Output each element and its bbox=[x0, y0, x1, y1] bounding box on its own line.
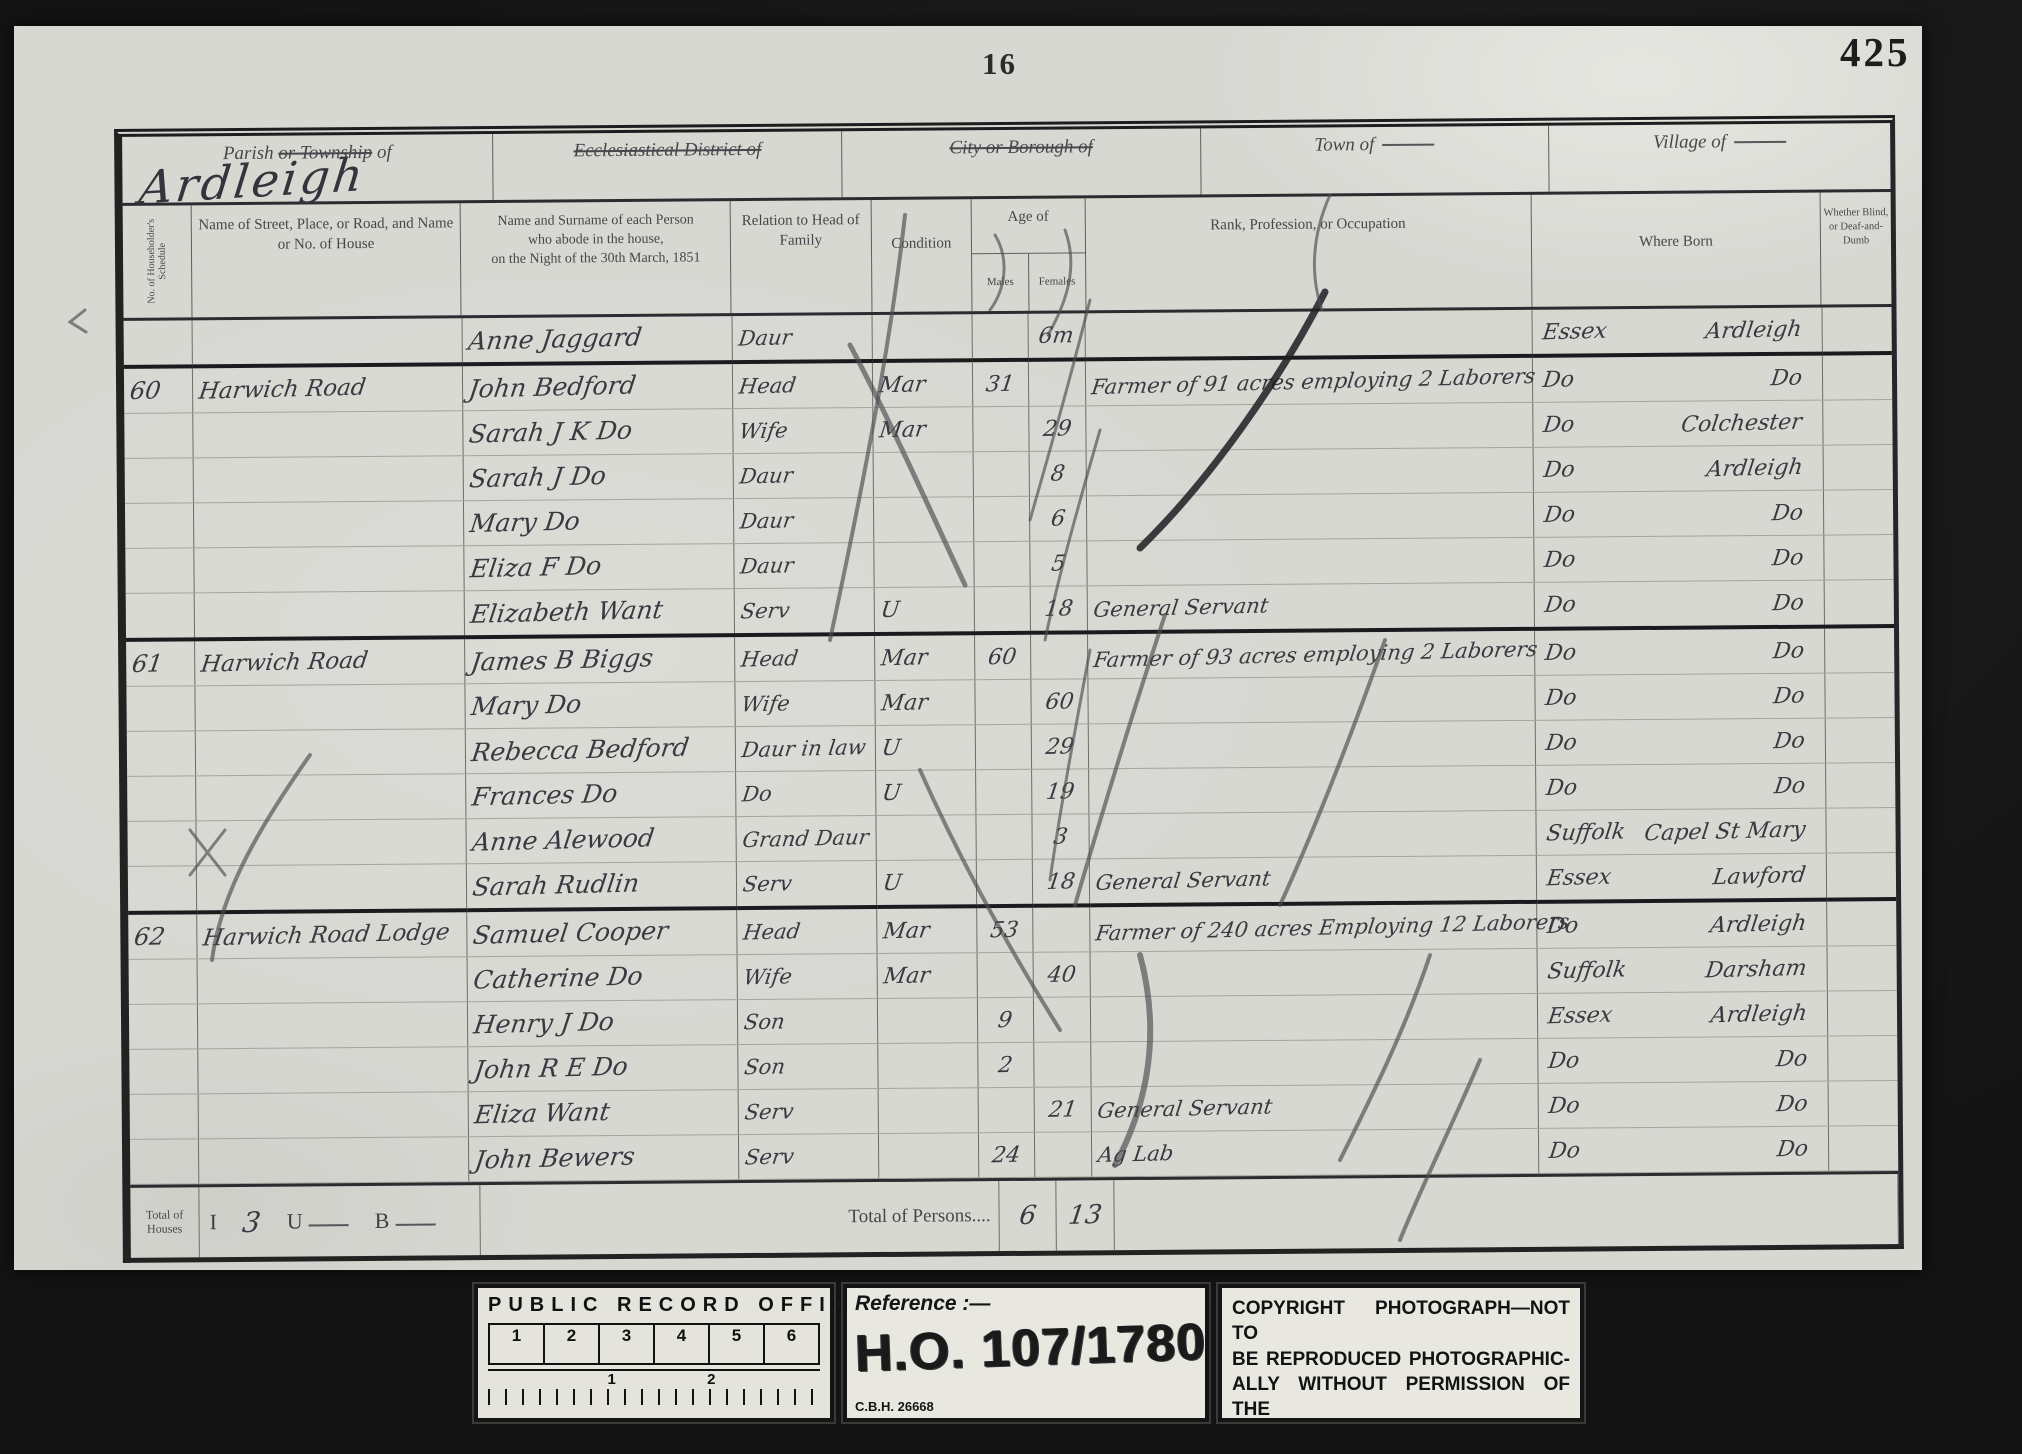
cell-where-born: DoArdleigh bbox=[1536, 900, 1826, 949]
born-place: Ardleigh bbox=[1709, 1000, 1808, 1027]
occupation-value: Farmer of 240 acres Employing 12 Laborer… bbox=[1094, 910, 1570, 944]
cell-name: Samuel Cooper bbox=[466, 908, 736, 957]
cell-female-age: 60 bbox=[1030, 679, 1087, 724]
cell-relation: Head bbox=[732, 361, 872, 409]
male-age-value: 2 bbox=[997, 1053, 1014, 1078]
cell-blind-deaf bbox=[1825, 763, 1895, 809]
cell-condition bbox=[872, 314, 972, 361]
total-males: 6 bbox=[999, 1181, 1057, 1251]
cell-male-age bbox=[974, 679, 1030, 724]
name-value: Eliza Want bbox=[472, 1097, 611, 1129]
cell-male-age: 31 bbox=[972, 360, 1028, 407]
born-county: Essex bbox=[1545, 864, 1613, 891]
born-county: Do bbox=[1543, 640, 1577, 666]
female-age-value: 29 bbox=[1041, 416, 1072, 442]
born-county: Do bbox=[1542, 502, 1576, 528]
cell-male-age bbox=[975, 814, 1031, 859]
cell-relation: Serv bbox=[734, 588, 874, 636]
cell-where-born: EssexArdleigh bbox=[1537, 991, 1827, 1038]
ruler-number-3: 3 bbox=[598, 1325, 653, 1363]
cell-condition bbox=[873, 452, 973, 498]
cell-blind-deaf bbox=[1822, 353, 1892, 400]
cell-relation: Daur bbox=[733, 543, 873, 589]
relation-value: Daur bbox=[738, 465, 794, 487]
born-place: Do bbox=[1774, 1046, 1808, 1072]
col-header-blind: Whether Blind, or Deaf-and-Dumb bbox=[1821, 192, 1892, 305]
cell-blind-deaf bbox=[1826, 853, 1896, 900]
relation-value: Son bbox=[742, 1056, 785, 1078]
cell-street bbox=[197, 1002, 467, 1049]
cell-street bbox=[192, 411, 462, 458]
cell-relation: Wife bbox=[737, 954, 877, 1000]
name-value: Rebecca Bedford bbox=[469, 733, 690, 768]
cell-female-age: 18 bbox=[1032, 859, 1089, 906]
cell-occupation bbox=[1087, 675, 1534, 724]
cell-occupation: General Servant bbox=[1089, 855, 1536, 905]
female-age-value: 5 bbox=[1049, 551, 1066, 576]
condition-value: Mar bbox=[877, 372, 927, 398]
cell-street bbox=[195, 729, 465, 776]
cell-male-age bbox=[976, 859, 1032, 906]
cell-female-age bbox=[1034, 1132, 1091, 1177]
born-county: Do bbox=[1542, 457, 1576, 483]
cell-male-age bbox=[972, 314, 1028, 360]
occupation-value: Ag Lab bbox=[1096, 1142, 1174, 1166]
cell-street bbox=[194, 684, 464, 731]
cell-street bbox=[197, 1047, 467, 1094]
totals-empty-space bbox=[1114, 1174, 1899, 1250]
cell-where-born: DoDo bbox=[1534, 580, 1824, 629]
cell-relation: Do bbox=[735, 771, 875, 817]
born-place: Do bbox=[1775, 1091, 1809, 1117]
col-header-schedule: No. of Householder's Schedule bbox=[123, 205, 193, 318]
cell-female-age: 19 bbox=[1031, 769, 1088, 814]
cell-street bbox=[195, 774, 465, 821]
cell-condition: U bbox=[876, 860, 976, 907]
cell-female-age: 8 bbox=[1029, 451, 1086, 496]
condition-value: Mar bbox=[877, 417, 927, 443]
cell-condition: Mar bbox=[874, 680, 974, 726]
cell-condition bbox=[877, 1043, 977, 1089]
cell-schedule: 61 bbox=[126, 639, 194, 686]
cell-relation: Son bbox=[737, 1044, 877, 1090]
cell-condition bbox=[873, 497, 973, 543]
cell-relation: Serv bbox=[736, 861, 876, 909]
uninhabited-label: U bbox=[287, 1208, 349, 1234]
born-place: Do bbox=[1771, 683, 1805, 709]
name-value: Anne Alewood bbox=[470, 823, 656, 857]
condition-value: U bbox=[879, 598, 901, 623]
cell-relation: Daur bbox=[733, 498, 873, 544]
cell-street bbox=[197, 957, 467, 1004]
cell-schedule bbox=[125, 458, 193, 504]
cell-blind-deaf bbox=[1824, 580, 1894, 627]
cell-condition bbox=[873, 542, 973, 588]
town-label: Town of bbox=[1314, 134, 1434, 156]
cell-name: John Bedford bbox=[462, 362, 732, 411]
female-age-value: 18 bbox=[1043, 596, 1074, 622]
cell-blind-deaf bbox=[1822, 400, 1892, 446]
cell-female-age: 18 bbox=[1030, 586, 1087, 633]
occupation-value: General Servant bbox=[1096, 1095, 1274, 1121]
cell-female-age bbox=[1030, 632, 1087, 679]
schedule-value: 60 bbox=[128, 376, 162, 405]
parish-label-post: of bbox=[377, 142, 392, 163]
cell-condition: Mar bbox=[877, 953, 977, 999]
born-place: Do bbox=[1771, 590, 1805, 616]
born-place: Do bbox=[1769, 365, 1803, 391]
city-header-cell: City or Borough of bbox=[842, 128, 1201, 197]
col-header-relation: Relation to Head of Family bbox=[731, 200, 872, 313]
cell-blind-deaf bbox=[1826, 899, 1896, 946]
cell-blind-deaf bbox=[1825, 718, 1895, 764]
cell-relation: Wife bbox=[734, 681, 874, 727]
cell-relation: Daur bbox=[732, 315, 872, 362]
cell-schedule: 60 bbox=[124, 366, 192, 413]
born-county: Do bbox=[1547, 1138, 1581, 1164]
name-value: John Bedford bbox=[466, 370, 637, 403]
cell-schedule bbox=[126, 593, 194, 640]
cell-blind-deaf bbox=[1825, 808, 1895, 854]
cell-where-born: DoArdleigh bbox=[1533, 445, 1823, 492]
cell-where-born: DoDo bbox=[1532, 354, 1822, 403]
name-value: Catherine Do bbox=[471, 961, 644, 994]
cell-condition bbox=[875, 815, 975, 861]
relation-value: Wife bbox=[742, 966, 793, 988]
cell-male-age: 24 bbox=[978, 1132, 1034, 1177]
born-place: Darsham bbox=[1704, 955, 1808, 983]
cell-where-born: DoDo bbox=[1535, 718, 1825, 765]
condition-value: U bbox=[880, 781, 902, 806]
city-label: City or Borough of bbox=[949, 136, 1093, 158]
cell-female-age bbox=[1033, 1042, 1090, 1087]
cell-male-age: 9 bbox=[977, 997, 1033, 1042]
cell-female-age: 29 bbox=[1031, 724, 1088, 769]
relation-value: Serv bbox=[743, 1101, 795, 1123]
cell-blind-deaf bbox=[1824, 673, 1894, 719]
name-value: Mary Do bbox=[469, 689, 583, 721]
relation-value: Daur bbox=[738, 510, 794, 532]
inhabited-label: I bbox=[210, 1209, 218, 1235]
cell-where-born: DoDo bbox=[1533, 490, 1823, 537]
born-place: Do bbox=[1775, 1136, 1809, 1162]
relation-value: Do bbox=[740, 783, 772, 805]
born-county: Suffolk bbox=[1545, 957, 1627, 984]
born-county: Do bbox=[1546, 1048, 1580, 1074]
name-value: Eliza F Do bbox=[468, 551, 603, 583]
copyright-line-4: PUBLIC RECORD OFFICE, LONDON bbox=[1232, 1422, 1570, 1447]
female-age-value: 40 bbox=[1046, 962, 1077, 988]
cell-where-born: DoDo bbox=[1533, 535, 1823, 582]
born-place: Capel St Mary bbox=[1643, 817, 1807, 846]
cell-female-age: 29 bbox=[1028, 406, 1085, 451]
name-value: Sarah J K Do bbox=[467, 416, 634, 449]
relation-value: Daur bbox=[737, 327, 793, 349]
cell-schedule: 62 bbox=[128, 912, 196, 959]
condition-value: U bbox=[881, 871, 903, 896]
cell-name: Henry J Do bbox=[467, 1000, 737, 1047]
pro-title: PUBLIC RECORD OFFICE bbox=[488, 1294, 820, 1317]
col-header-age: Age of Males Females bbox=[972, 198, 1086, 311]
female-age-value: 60 bbox=[1043, 689, 1074, 715]
cell-where-born: DoDo bbox=[1538, 1126, 1828, 1173]
street-value: Harwich Road bbox=[199, 648, 369, 678]
name-value: Anne Jaggard bbox=[466, 322, 643, 355]
cell-where-born: DoDo bbox=[1538, 1081, 1828, 1128]
cell-name: Eliza Want bbox=[468, 1090, 738, 1137]
born-county: Do bbox=[1542, 547, 1576, 573]
town-header-cell: Town of bbox=[1201, 126, 1550, 195]
cell-condition: U bbox=[874, 587, 974, 634]
pro-ruler-stamp: PUBLIC RECORD OFFICE 123456 12 bbox=[474, 1284, 834, 1422]
relation-value: Daur bbox=[739, 555, 795, 577]
col-header-females: Females bbox=[1029, 254, 1085, 311]
total-houses-values: I 3 U B bbox=[199, 1185, 481, 1257]
cell-street: Harwich Road bbox=[192, 364, 462, 413]
cell-street bbox=[198, 1092, 468, 1139]
cell-condition bbox=[878, 1133, 978, 1179]
occupation-value: Farmer of 91 acres employing 2 Laborers bbox=[1090, 365, 1537, 398]
cell-schedule bbox=[129, 1049, 197, 1095]
schedule-value: 61 bbox=[130, 649, 164, 678]
male-age-value: 60 bbox=[987, 645, 1018, 671]
cell-street bbox=[195, 819, 465, 866]
born-county: Do bbox=[1543, 592, 1577, 618]
col-header-condition: Condition bbox=[871, 199, 972, 312]
building-label: B bbox=[375, 1208, 436, 1234]
born-county: Do bbox=[1544, 775, 1578, 801]
cell-occupation bbox=[1090, 1038, 1537, 1087]
female-age-value: 21 bbox=[1047, 1097, 1078, 1123]
cell-female-age: 5 bbox=[1029, 541, 1086, 586]
born-place: Do bbox=[1771, 638, 1805, 664]
ruler-number-4: 4 bbox=[653, 1325, 708, 1363]
cell-female-age bbox=[1033, 997, 1090, 1042]
copyright-line-1: COPYRIGHT PHOTOGRAPH—NOT TO bbox=[1232, 1296, 1570, 1347]
cell-schedule bbox=[127, 731, 195, 777]
cell-street bbox=[198, 1137, 468, 1184]
cell-street bbox=[193, 501, 463, 548]
cell-occupation: General Servant bbox=[1091, 1083, 1538, 1132]
cell-blind-deaf bbox=[1827, 991, 1897, 1037]
total-persons-label: Total of Persons.... bbox=[480, 1181, 1000, 1255]
born-place: Do bbox=[1770, 500, 1804, 526]
cell-schedule bbox=[129, 959, 197, 1005]
cell-name: Sarah J K Do bbox=[462, 409, 732, 456]
born-county: Do bbox=[1543, 685, 1577, 711]
cell-male-age bbox=[975, 769, 1031, 814]
cell-occupation bbox=[1086, 492, 1533, 541]
col-header-name: Name and Surname of each Person who abod… bbox=[461, 201, 732, 315]
cell-schedule bbox=[130, 1094, 198, 1140]
cell-schedule bbox=[126, 686, 194, 732]
male-age-value: 31 bbox=[984, 372, 1015, 398]
condition-value: Mar bbox=[879, 690, 929, 716]
reference-stamp: Reference :— H.O. 107/1780 C.B.H. 26668 bbox=[843, 1284, 1209, 1422]
born-county: Essex bbox=[1546, 1002, 1614, 1029]
cell-where-born: EssexLawford bbox=[1536, 853, 1826, 902]
village-header-cell: Village of bbox=[1549, 123, 1891, 192]
cell-occupation bbox=[1090, 993, 1537, 1042]
cell-occupation: Farmer of 91 acres employing 2 Laborers bbox=[1085, 356, 1532, 406]
cell-where-born: DoDo bbox=[1535, 763, 1825, 810]
district-label: Ecclesiastical District of bbox=[573, 139, 761, 161]
cell-name: Frances Do bbox=[465, 772, 735, 819]
condition-value: Mar bbox=[881, 918, 931, 944]
born-county: Do bbox=[1541, 367, 1575, 393]
ruler-number-2: 2 bbox=[543, 1325, 598, 1363]
cell-street bbox=[193, 456, 463, 503]
col-header-occupation: Rank, Profession, or Occupation bbox=[1085, 195, 1532, 310]
copyright-stamp: COPYRIGHT PHOTOGRAPH—NOT TOBE REPRODUCED… bbox=[1218, 1284, 1584, 1422]
total-females: 13 bbox=[1056, 1180, 1115, 1250]
cell-occupation bbox=[1088, 765, 1535, 814]
cell-relation: Daur bbox=[733, 453, 873, 499]
born-county: Suffolk bbox=[1544, 819, 1626, 846]
cell-condition: U bbox=[875, 770, 975, 816]
relation-value: Serv bbox=[739, 600, 791, 622]
born-county: Do bbox=[1545, 913, 1579, 939]
cell-male-age: 53 bbox=[976, 906, 1032, 953]
cell-female-age bbox=[1032, 905, 1089, 952]
ruler-number-5: 5 bbox=[708, 1325, 763, 1363]
cell-blind-deaf bbox=[1823, 445, 1893, 491]
cell-schedule bbox=[124, 413, 192, 459]
relation-value: Head bbox=[739, 648, 799, 670]
born-place: Ardleigh bbox=[1705, 454, 1804, 481]
cell-relation: Grand Daur bbox=[735, 816, 875, 862]
cell-condition: Mar bbox=[872, 360, 972, 407]
cell-name: Mary Do bbox=[463, 499, 733, 546]
cell-female-age bbox=[1028, 359, 1085, 406]
condition-value: U bbox=[880, 736, 902, 761]
cell-schedule bbox=[125, 503, 193, 549]
cell-name: John R E Do bbox=[467, 1045, 737, 1092]
cell-condition bbox=[877, 998, 977, 1044]
female-age-value: 3 bbox=[1051, 824, 1068, 849]
born-place: Ardleigh bbox=[1708, 910, 1807, 937]
born-place: Colchester bbox=[1680, 409, 1804, 437]
cell-female-age: 6m bbox=[1028, 313, 1085, 359]
place-header-band: Parish or Township of Ardleigh Ecclesias… bbox=[122, 123, 1890, 203]
name-value: Sarah J Do bbox=[467, 461, 607, 493]
cell-male-age: 2 bbox=[977, 1042, 1033, 1087]
cell-relation: Wife bbox=[732, 408, 872, 454]
relation-value: Grand Daur bbox=[741, 826, 870, 850]
relation-value: Serv bbox=[743, 1146, 795, 1168]
relation-value: Head bbox=[741, 921, 801, 943]
cell-where-born: DoColchester bbox=[1532, 400, 1822, 447]
cell-schedule bbox=[129, 1004, 197, 1050]
street-value: Harwich Road bbox=[197, 375, 367, 405]
census-page-photograph: 16 425 Parish or Township of Ardleigh Ec… bbox=[14, 26, 1922, 1270]
cell-female-age: 40 bbox=[1033, 952, 1090, 997]
reference-number: H.O. 107/1780 bbox=[854, 1312, 1207, 1384]
name-value: Frances Do bbox=[470, 779, 619, 812]
female-age-value: 6m bbox=[1037, 323, 1075, 349]
relation-value: Wife bbox=[740, 693, 791, 715]
enumeration-grid: Anne JaggardDaur6mEssexArdleigh60Harwich… bbox=[124, 307, 1899, 1185]
cell-female-age: 21 bbox=[1034, 1087, 1091, 1132]
relation-value: Serv bbox=[741, 873, 793, 895]
occupation-value: General Servant bbox=[1094, 867, 1272, 893]
male-age-value: 24 bbox=[990, 1143, 1021, 1169]
cell-name: Sarah J Do bbox=[463, 454, 733, 501]
cell-male-age bbox=[973, 541, 1029, 586]
column-header-band: No. of Householder's Schedule Name of St… bbox=[123, 189, 1892, 321]
street-value: Harwich Road Lodge bbox=[201, 919, 451, 951]
name-value: Elizabeth Want bbox=[468, 595, 664, 629]
cell-street: Harwich Road bbox=[194, 637, 464, 686]
born-county: Do bbox=[1541, 412, 1575, 438]
cell-street bbox=[194, 591, 464, 640]
cell-schedule bbox=[127, 821, 195, 867]
male-age-value: 53 bbox=[989, 918, 1020, 944]
parish-header-cell: Parish or Township of Ardleigh bbox=[122, 134, 494, 203]
cell-street bbox=[193, 546, 463, 593]
cell-male-age bbox=[973, 451, 1029, 496]
cell-schedule bbox=[130, 1139, 198, 1185]
col-header-where-born: Where Born bbox=[1531, 193, 1822, 307]
cell-condition: Mar bbox=[872, 407, 972, 453]
cell-male-age bbox=[974, 586, 1030, 633]
relation-value: Daur in law bbox=[740, 737, 867, 761]
ruler-cm-number-2: 2 bbox=[707, 1371, 715, 1388]
cell-blind-deaf bbox=[1828, 1081, 1898, 1127]
cell-name: John Bewers bbox=[468, 1135, 738, 1182]
cell-relation: Serv bbox=[738, 1089, 878, 1135]
cell-blind-deaf bbox=[1824, 626, 1894, 673]
born-county: Do bbox=[1547, 1093, 1581, 1119]
cell-occupation: General Servant bbox=[1087, 582, 1534, 632]
born-county: Essex bbox=[1540, 318, 1608, 345]
cell-relation: Serv bbox=[738, 1134, 878, 1180]
cell-occupation: Ag Lab bbox=[1091, 1128, 1538, 1177]
male-age-value: 9 bbox=[996, 1008, 1013, 1033]
district-header-cell: Ecclesiastical District of bbox=[493, 131, 843, 200]
cell-schedule bbox=[128, 866, 196, 913]
cell-occupation: Farmer of 240 acres Employing 12 Laborer… bbox=[1089, 902, 1536, 952]
cell-name: Rebecca Bedford bbox=[465, 727, 735, 774]
reference-label: Reference :— bbox=[855, 1292, 1197, 1316]
cell-blind-deaf bbox=[1827, 1036, 1897, 1082]
cell-where-born: DoDo bbox=[1537, 1036, 1827, 1083]
cell-occupation bbox=[1085, 310, 1532, 360]
cell-male-age bbox=[977, 952, 1033, 997]
condition-value: Mar bbox=[881, 963, 931, 989]
cell-blind-deaf bbox=[1828, 1126, 1898, 1172]
cell-occupation bbox=[1086, 447, 1533, 496]
cell-name: Anne Jaggard bbox=[462, 316, 732, 364]
cell-condition: Mar bbox=[874, 633, 974, 680]
cell-female-age: 3 bbox=[1031, 814, 1088, 859]
cell-condition bbox=[878, 1088, 978, 1134]
cell-name: James B Biggs bbox=[464, 635, 734, 684]
archive-stamp-strip: PUBLIC RECORD OFFICE 123456 12 Reference… bbox=[474, 1284, 1584, 1422]
cell-where-born: DoDo bbox=[1534, 627, 1824, 676]
cell-occupation bbox=[1086, 537, 1533, 586]
cell-male-age bbox=[973, 496, 1029, 541]
female-age-value: 19 bbox=[1044, 779, 1075, 805]
census-table: Parish or Township of Ardleigh Ecclesias… bbox=[114, 115, 1904, 1263]
relation-value: Head bbox=[737, 375, 797, 397]
ruler-number-1: 1 bbox=[488, 1325, 543, 1363]
name-value: Mary Do bbox=[468, 506, 582, 538]
cell-relation: Daur in law bbox=[735, 726, 875, 772]
cell-name: Catherine Do bbox=[467, 955, 737, 1002]
ruler-inch-scale: 123456 bbox=[488, 1323, 820, 1365]
name-value: John R E Do bbox=[472, 1052, 630, 1085]
